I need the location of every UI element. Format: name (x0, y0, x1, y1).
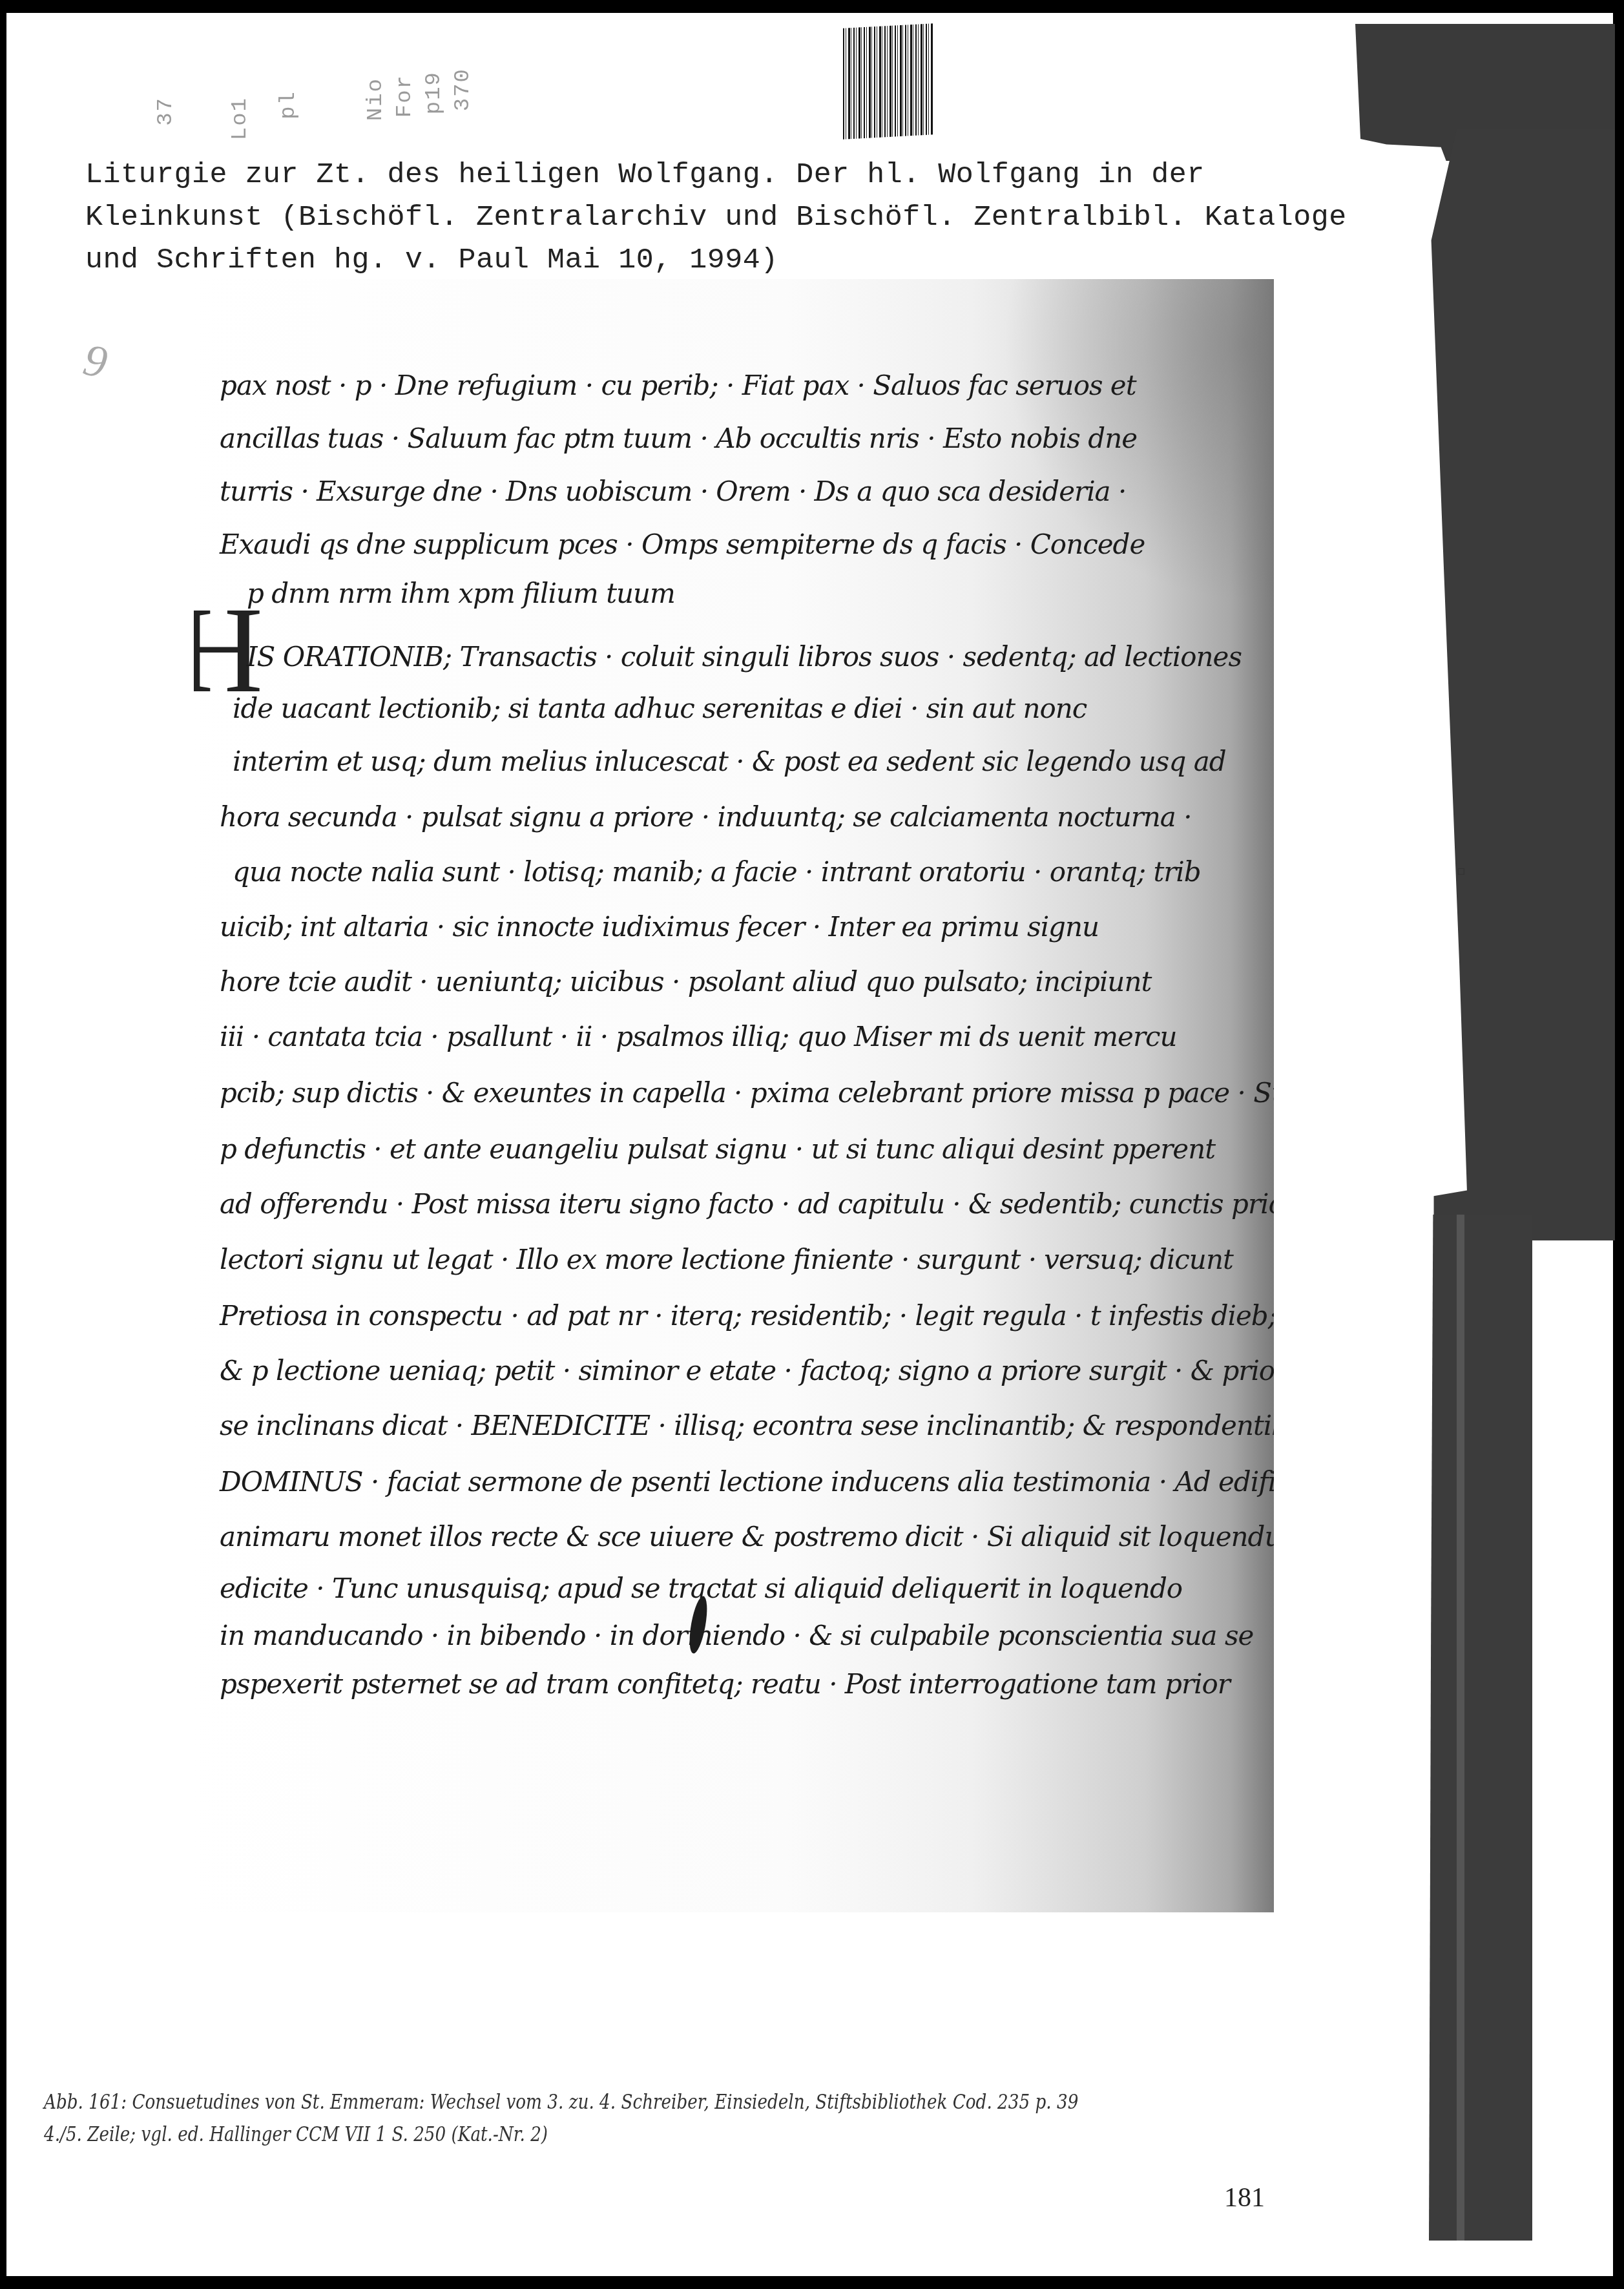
manuscript-line: se inclinans dicat · BENEDICITE · illisq… (220, 1410, 1274, 1441)
manuscript-line: p dnm nrm ihm xpm filium tuum (247, 578, 675, 609)
reference-line-3: und Schriften hg. v. Paul Mai 10, 1994) (85, 239, 1442, 282)
manuscript-line: hora secunda · pulsat signu a priore · i… (220, 801, 1192, 833)
manuscript-line: lectori signu ut legat · Illo ex more le… (220, 1244, 1233, 1275)
reference-line-1: Liturgie zur Zt. des heiligen Wolfgang. … (85, 154, 1442, 196)
manuscript-line: qua nocte nalia sunt · lotisq; manib; a … (233, 856, 1201, 888)
stamp-right-col-2: For (394, 74, 416, 118)
manuscript-line: in manducando · in bibendo · in dormiend… (220, 1620, 1253, 1651)
stamp-right-col-1: Nio (365, 78, 387, 121)
manuscript-photograph: H pax nost · p · Dne refugium · cu perib… (194, 279, 1274, 1912)
manuscript-line: IS ORATIONIB; Transactis · coluit singul… (247, 641, 1242, 673)
typewritten-reference: Liturgie zur Zt. des heiligen Wolfgang. … (85, 154, 1442, 282)
reference-line-2: Kleinkunst (Bischöfl. Zentralarchiv und … (85, 196, 1442, 239)
manuscript-line: pcib; sup dictis · & exeuntes in capella… (220, 1077, 1274, 1109)
manuscript-line: pspexerit psternet se ad tram confitetq;… (220, 1668, 1230, 1700)
page-number: 181 (1224, 2182, 1265, 2213)
manuscript-line: interim et usq; dum melius inlucescat · … (233, 746, 1226, 777)
manuscript-line: hore tcie audit · ueniuntq; uicibus · ps… (220, 966, 1151, 998)
caption-line-1: Abb. 161: Consuetudines von St. Emmeram:… (44, 2085, 1082, 2118)
stamp-left-col-3: pl (278, 90, 300, 120)
stamp-left-col-2: Lo1 (229, 97, 251, 140)
stamp-right-col-4: 370 (452, 68, 474, 111)
figure-caption: Abb. 161: Consuetudines von St. Emmeram:… (44, 2085, 1082, 2150)
manuscript-line: iii · cantata tcia · psallunt · ii · psa… (220, 1021, 1177, 1052)
spine-strip-lower (1429, 1215, 1532, 2241)
manuscript-line: & p lectione ueniaq; petit · siminor e e… (220, 1355, 1274, 1386)
manuscript-line: p defunctis · et ante euangeliu pulsat s… (220, 1133, 1215, 1165)
barcode-label (843, 23, 933, 139)
manuscript-line: ancillas tuas · Saluum fac ptm tuum · Ab… (220, 423, 1137, 454)
manuscript-line: Exaudi qs dne supplicum pces · Omps semp… (220, 528, 1145, 560)
manuscript-line: Pretiosa in conspectu · ad pat nr · iter… (220, 1300, 1274, 1332)
stamp-left-col-1: 37 (155, 97, 177, 126)
manuscript-line: animaru monet illos recte & sce uiuere &… (220, 1521, 1274, 1552)
manuscript-line: pax nost · p · Dne refugium · cu perib; … (220, 370, 1136, 401)
caption-line-2: 4./5. Zeile; vgl. ed. Hallinger CCM VII … (44, 2118, 1082, 2150)
manuscript-line: uicib; int altaria · sic innocte iudixim… (220, 911, 1099, 943)
small-margin-mark: ▫ (1457, 862, 1466, 878)
manuscript-line: DOMINUS · faciat sermone de psenti lecti… (220, 1466, 1274, 1498)
manuscript-line: ide uacant lectionib; si tanta adhuc ser… (233, 693, 1087, 724)
stamp-right-col-3: p19 (423, 71, 445, 114)
manuscript-line: turris · Exsurge dne · Dns uobiscum · Or… (220, 476, 1126, 507)
spine-strip-highlight (1457, 1215, 1464, 2241)
manuscript-line: ad offerendu · Post missa iteru signo fa… (220, 1188, 1274, 1220)
